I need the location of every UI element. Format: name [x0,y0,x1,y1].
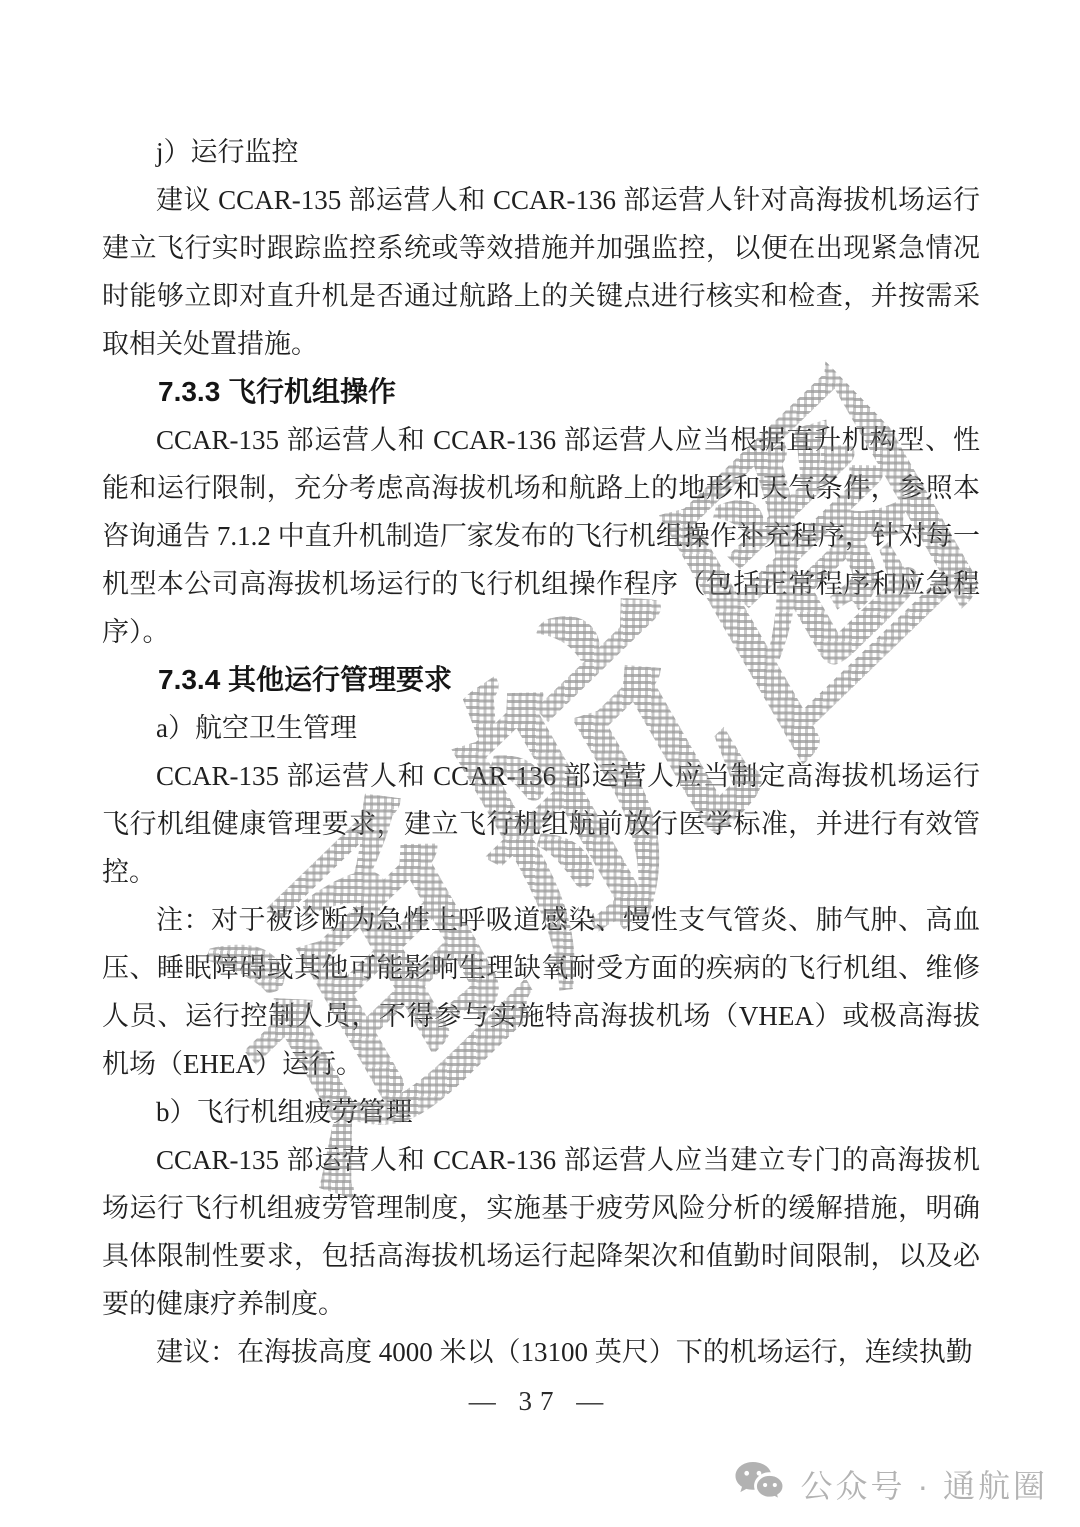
section-7-3-3-heading: 7.3.3 飞行机组操作 [102,368,980,416]
wechat-account-label: 公众号 · 通航圈 [801,1461,1048,1507]
paragraph-health-note: 注：对于被诊断为急性上呼吸道感染、慢性支气管炎、肺气肿、高血压、睡眠障碍或其他可… [102,896,980,1088]
section-7-3-4-heading: 7.3.4 其他运行管理要求 [102,656,980,704]
item-j-heading: j）运行监控 [102,128,980,176]
paragraph-operation-monitoring: 建议 CCAR-135 部运营人和 CCAR-136 部运营人针对高海拔机场运行… [102,176,980,368]
document-page: j）运行监控 建议 CCAR-135 部运营人和 CCAR-136 部运营人针对… [0,0,1080,1527]
item-b-heading: b）飞行机组疲劳管理 [102,1088,980,1136]
paragraph-crew-operation: CCAR-135 部运营人和 CCAR-136 部运营人应当根据直升机构型、性能… [102,416,980,656]
page-number: — 37 — [0,1386,1080,1417]
paragraph-aviation-health: CCAR-135 部运营人和 CCAR-136 部运营人应当制定高海拔机场运行飞… [102,752,980,896]
wechat-icon [733,1460,787,1507]
page-content: j）运行监控 建议 CCAR-135 部运营人和 CCAR-136 部运营人针对… [102,128,980,1376]
paragraph-fatigue-management: CCAR-135 部运营人和 CCAR-136 部运营人应当建立专门的高海拔机场… [102,1136,980,1328]
item-a-heading: a）航空卫生管理 [102,704,980,752]
paragraph-duty-recommendation: 建议：在海拔高度 4000 米以（13100 英尺）下的机场运行，连续执勤 [102,1328,980,1376]
wechat-footer: 公众号 · 通航圈 [733,1460,1048,1507]
